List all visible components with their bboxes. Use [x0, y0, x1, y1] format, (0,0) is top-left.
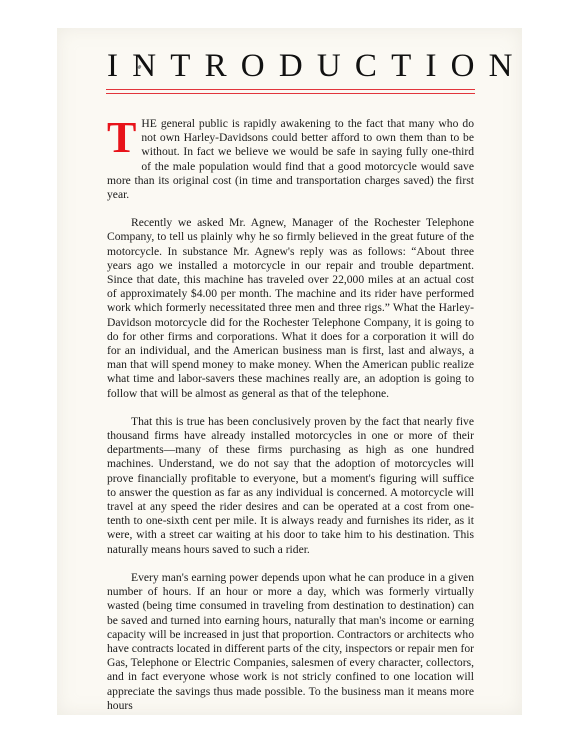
paragraph-4: Every man's earning power depends upon w…: [107, 571, 474, 713]
paragraph-1: THE general public is rapidly awakening …: [107, 117, 474, 202]
title-double-rule: [106, 89, 475, 94]
page-title: INTRODUCTION: [107, 50, 477, 83]
drop-cap: T: [107, 120, 136, 160]
body-text: THE general public is rapidly awakening …: [107, 134, 474, 727]
paragraph-2: Recently we asked Mr. Agnew, Manager of …: [107, 216, 474, 401]
paragraph-1-text: HE general public is rapidly awakening t…: [107, 117, 474, 201]
paragraph-3: That this is true has been conclusively …: [107, 415, 474, 557]
